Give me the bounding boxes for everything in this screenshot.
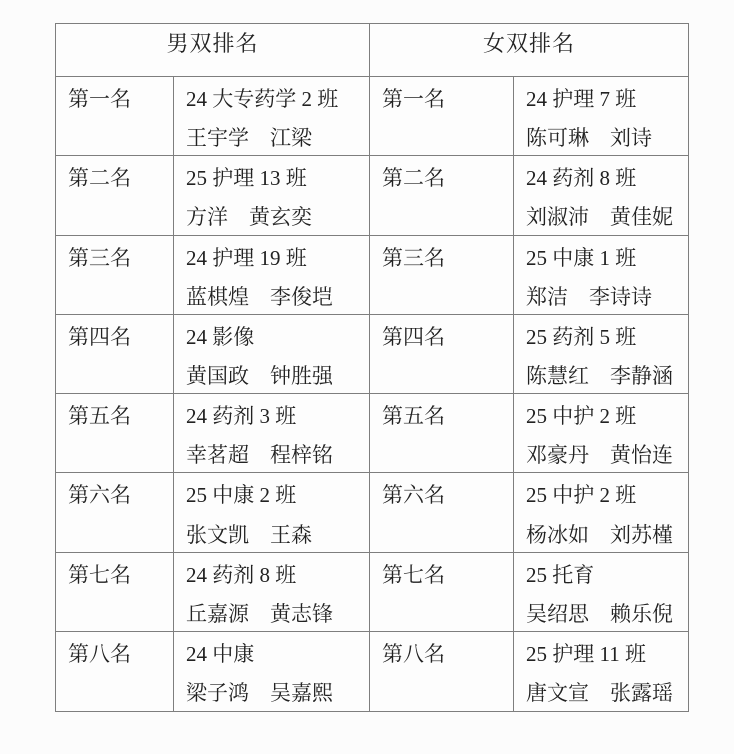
women-names: 陈可琳 刘诗: [526, 126, 676, 151]
men-rank: 第六名: [56, 473, 174, 552]
men-names: 张文凯 王森: [186, 523, 357, 548]
women-entry: 25 中护 2 班 杨冰如 刘苏槿: [514, 473, 688, 552]
men-rank: 第七名: [56, 553, 174, 632]
men-rank: 第三名: [56, 236, 174, 315]
men-names: 梁子鸿 吴嘉熙: [186, 681, 357, 706]
men-names: 幸茗超 程梓铭: [186, 443, 357, 468]
men-entry: 24 大专药学 2 班 王宇学 江梁: [174, 77, 370, 156]
women-names: 陈慧红 李静涵: [526, 364, 676, 389]
women-class: 24 药剂 8 班: [526, 166, 676, 191]
men-names: 黄国政 钟胜强: [186, 364, 357, 389]
women-entry: 25 托育 吴绍思 赖乐倪: [514, 553, 688, 632]
men-names: 蓝棋煌 李俊垲: [186, 285, 357, 310]
women-doubles-header: 女双排名: [370, 24, 688, 77]
women-names: 郑洁 李诗诗: [526, 285, 676, 310]
women-class: 25 中护 2 班: [526, 404, 676, 429]
women-class: 25 中康 1 班: [526, 246, 676, 271]
men-entry: 24 护理 19 班 蓝棋煌 李俊垲: [174, 236, 370, 315]
table-row-1: 第一名 24 大专药学 2 班 王宇学 江梁 第一名 24 护理 7 班 陈可琳…: [56, 77, 688, 156]
women-names: 唐文宣 张露瑶: [526, 681, 676, 706]
table-row-6: 第六名 25 中康 2 班 张文凯 王森 第六名 25 中护 2 班 杨冰如 刘…: [56, 473, 688, 552]
page: 男双排名 女双排名 第一名 24 大专药学 2 班 王宇学 江梁 第一名 24 …: [0, 0, 734, 754]
women-rank: 第八名: [370, 632, 514, 711]
table-row-8: 第八名 24 中康 梁子鸿 吴嘉熙 第八名 25 护理 11 班 唐文宣 张露瑶: [56, 632, 688, 711]
women-class: 25 托育: [526, 563, 676, 588]
men-class: 24 中康: [186, 642, 357, 667]
doubles-ranking-table: 男双排名 女双排名 第一名 24 大专药学 2 班 王宇学 江梁 第一名 24 …: [55, 23, 689, 712]
table-row-2: 第二名 25 护理 13 班 方洋 黄玄奕 第二名 24 药剂 8 班 刘淑沛 …: [56, 156, 688, 235]
men-class: 24 药剂 3 班: [186, 404, 357, 429]
table-row-4: 第四名 24 影像 黄国政 钟胜强 第四名 25 药剂 5 班 陈慧红 李静涵: [56, 315, 688, 394]
women-entry: 25 护理 11 班 唐文宣 张露瑶: [514, 632, 688, 711]
men-entry: 25 中康 2 班 张文凯 王森: [174, 473, 370, 552]
table-row-5: 第五名 24 药剂 3 班 幸茗超 程梓铭 第五名 25 中护 2 班 邓豪丹 …: [56, 394, 688, 473]
women-entry: 25 中康 1 班 郑洁 李诗诗: [514, 236, 688, 315]
men-class: 24 大专药学 2 班: [186, 87, 357, 112]
men-names: 丘嘉源 黄志锋: [186, 602, 357, 627]
women-names: 杨冰如 刘苏槿: [526, 523, 676, 548]
men-entry: 24 中康 梁子鸿 吴嘉熙: [174, 632, 370, 711]
men-rank: 第四名: [56, 315, 174, 394]
men-names: 王宇学 江梁: [186, 126, 357, 151]
women-class: 25 中护 2 班: [526, 483, 676, 508]
women-rank: 第六名: [370, 473, 514, 552]
men-rank: 第八名: [56, 632, 174, 711]
women-rank: 第四名: [370, 315, 514, 394]
women-names: 刘淑沛 黄佳妮: [526, 205, 676, 230]
women-class: 25 药剂 5 班: [526, 325, 676, 350]
men-entry: 25 护理 13 班 方洋 黄玄奕: [174, 156, 370, 235]
women-rank: 第一名: [370, 77, 514, 156]
table-row-3: 第三名 24 护理 19 班 蓝棋煌 李俊垲 第三名 25 中康 1 班 郑洁 …: [56, 236, 688, 315]
women-names: 吴绍思 赖乐倪: [526, 602, 676, 627]
women-names: 邓豪丹 黄怡连: [526, 443, 676, 468]
men-doubles-header: 男双排名: [56, 24, 370, 77]
men-class: 24 影像: [186, 325, 357, 350]
men-entry: 24 药剂 8 班 丘嘉源 黄志锋: [174, 553, 370, 632]
men-rank: 第五名: [56, 394, 174, 473]
men-class: 25 中康 2 班: [186, 483, 357, 508]
women-entry: 25 中护 2 班 邓豪丹 黄怡连: [514, 394, 688, 473]
men-class: 24 药剂 8 班: [186, 563, 357, 588]
table-row-7: 第七名 24 药剂 8 班 丘嘉源 黄志锋 第七名 25 托育 吴绍思 赖乐倪: [56, 553, 688, 632]
women-class: 25 护理 11 班: [526, 642, 676, 667]
table-header-row: 男双排名 女双排名: [56, 24, 688, 77]
women-entry: 25 药剂 5 班 陈慧红 李静涵: [514, 315, 688, 394]
women-entry: 24 护理 7 班 陈可琳 刘诗: [514, 77, 688, 156]
women-class: 24 护理 7 班: [526, 87, 676, 112]
women-rank: 第三名: [370, 236, 514, 315]
women-rank: 第二名: [370, 156, 514, 235]
men-entry: 24 药剂 3 班 幸茗超 程梓铭: [174, 394, 370, 473]
men-rank: 第二名: [56, 156, 174, 235]
men-entry: 24 影像 黄国政 钟胜强: [174, 315, 370, 394]
men-class: 25 护理 13 班: [186, 166, 357, 191]
women-entry: 24 药剂 8 班 刘淑沛 黄佳妮: [514, 156, 688, 235]
women-rank: 第五名: [370, 394, 514, 473]
men-class: 24 护理 19 班: [186, 246, 357, 271]
women-rank: 第七名: [370, 553, 514, 632]
men-rank: 第一名: [56, 77, 174, 156]
men-names: 方洋 黄玄奕: [186, 205, 357, 230]
